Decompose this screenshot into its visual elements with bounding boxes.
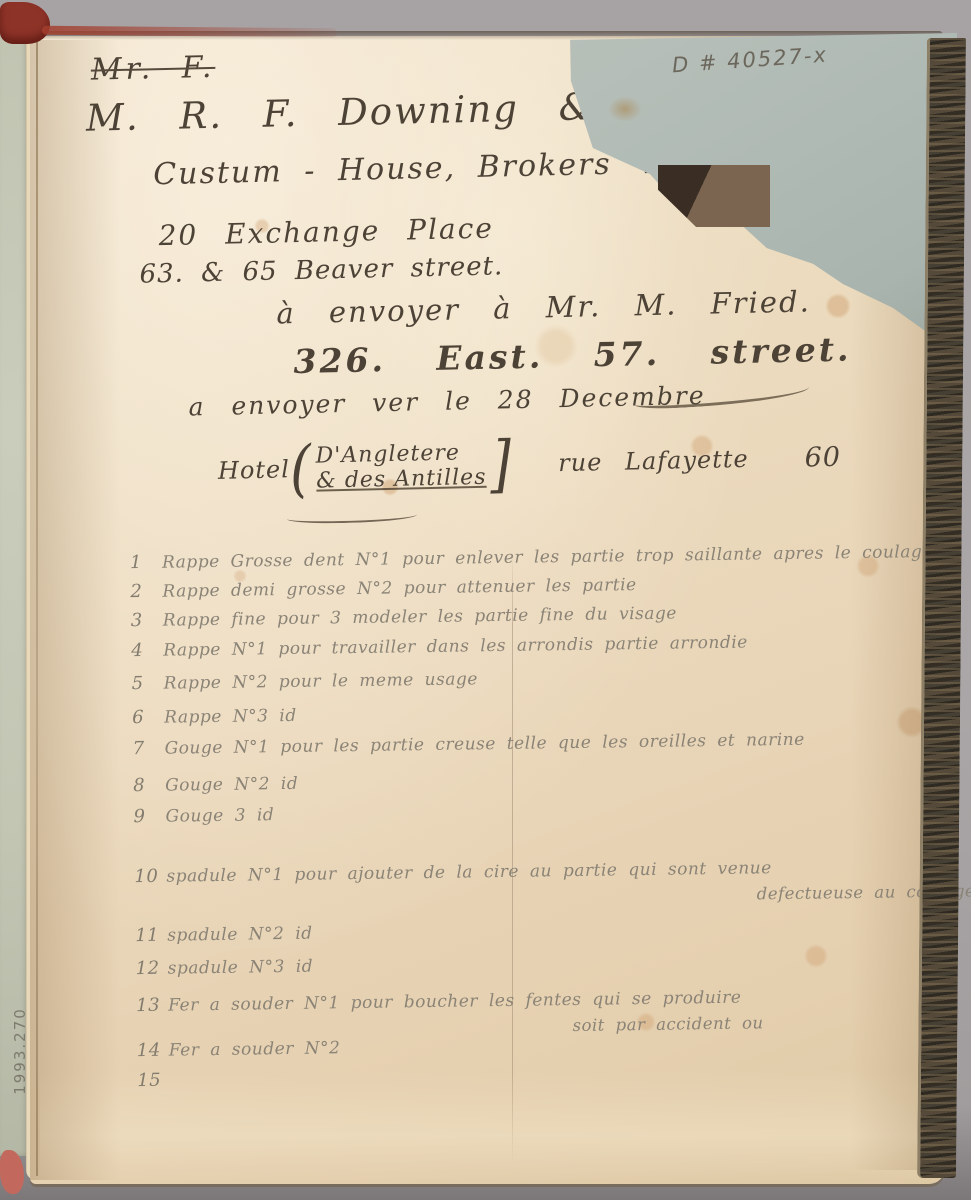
item-number: 4 xyxy=(131,640,163,661)
item-text: Rappe N°1 pour travailler dans les arron… xyxy=(163,633,748,661)
accession-number: 1993.270 xyxy=(11,995,29,1107)
list-item: 2Rappe demi grosse N°2 pour attenuer les… xyxy=(130,574,637,602)
item-text: Rappe fine pour 3 modeler les partie fin… xyxy=(163,604,677,631)
list-item: 6Rappe N°3 id xyxy=(132,705,297,728)
list-item: 15 xyxy=(137,1070,169,1091)
item-number: 15 xyxy=(137,1070,169,1091)
item-text: Rappe N°3 id xyxy=(164,706,297,728)
item-number: 5 xyxy=(132,673,164,694)
list-item: 8Gouge N°2 id xyxy=(133,773,298,796)
item-continuation: soit par accident ou xyxy=(572,1013,763,1035)
item-text: spadule N°1 pour ajouter de la cire au p… xyxy=(166,858,772,886)
item-number: 7 xyxy=(132,738,164,759)
item-text: spadule N°3 id xyxy=(168,957,314,979)
list-item: 13Fer a souder N°1 pour boucher les fent… xyxy=(136,987,741,1016)
list-item: 12spadule N°3 id xyxy=(136,956,314,979)
item-number: 10 xyxy=(134,866,166,887)
item-number: 6 xyxy=(132,707,164,728)
patch-stain xyxy=(608,96,642,122)
list-item: 10spadule N°1 pour ajouter de la cire au… xyxy=(134,857,772,887)
item-number: 13 xyxy=(136,995,168,1016)
list-item: 11spadule N°2 id xyxy=(135,923,313,946)
red-cover-corner-top xyxy=(0,2,50,44)
item-number: 2 xyxy=(130,581,162,602)
photographed-notebook-page: Mr. F. M. R. F. Downing & Custum - House… xyxy=(0,0,971,1200)
item-number: 1 xyxy=(130,552,162,573)
list-item: 5Rappe N°2 pour le meme usage xyxy=(132,668,478,694)
item-text: Fer a souder N°1 pour boucher les fentes… xyxy=(168,988,741,1016)
item-text: Gouge N°2 id xyxy=(165,774,298,796)
item-number: 9 xyxy=(133,806,165,827)
list-item: 1Rappe Grosse dent N°1 pour enlever les … xyxy=(130,541,933,573)
list-item: 9Gouge 3 id xyxy=(133,804,274,827)
item-number: 11 xyxy=(135,925,167,946)
item-text: Fer a souder N°2 xyxy=(169,1038,341,1060)
item-number: 3 xyxy=(131,610,163,631)
list-item: 14Fer a souder N°2 xyxy=(137,1037,341,1061)
list-item: 3Rappe fine pour 3 modeler les partie fi… xyxy=(131,603,677,632)
item-number: 14 xyxy=(137,1040,169,1061)
list-item: 7Gouge N°1 pour les partie creuse telle … xyxy=(132,729,804,759)
item-text: spadule N°2 id xyxy=(167,924,313,946)
list-item: 4Rappe N°1 pour travailler dans les arro… xyxy=(131,632,748,662)
item-text: Gouge 3 id xyxy=(165,805,274,827)
item-text: Rappe Grosse dent N°1 pour enlever les p… xyxy=(162,542,933,573)
item-number: 8 xyxy=(133,775,165,796)
item-text: Gouge N°1 pour les partie creuse telle q… xyxy=(164,730,804,759)
item-text: Rappe N°2 pour le meme usage xyxy=(164,669,478,693)
item-number: 12 xyxy=(136,958,168,979)
item-text: Rappe demi grosse N°2 pour attenuer les … xyxy=(162,575,636,602)
